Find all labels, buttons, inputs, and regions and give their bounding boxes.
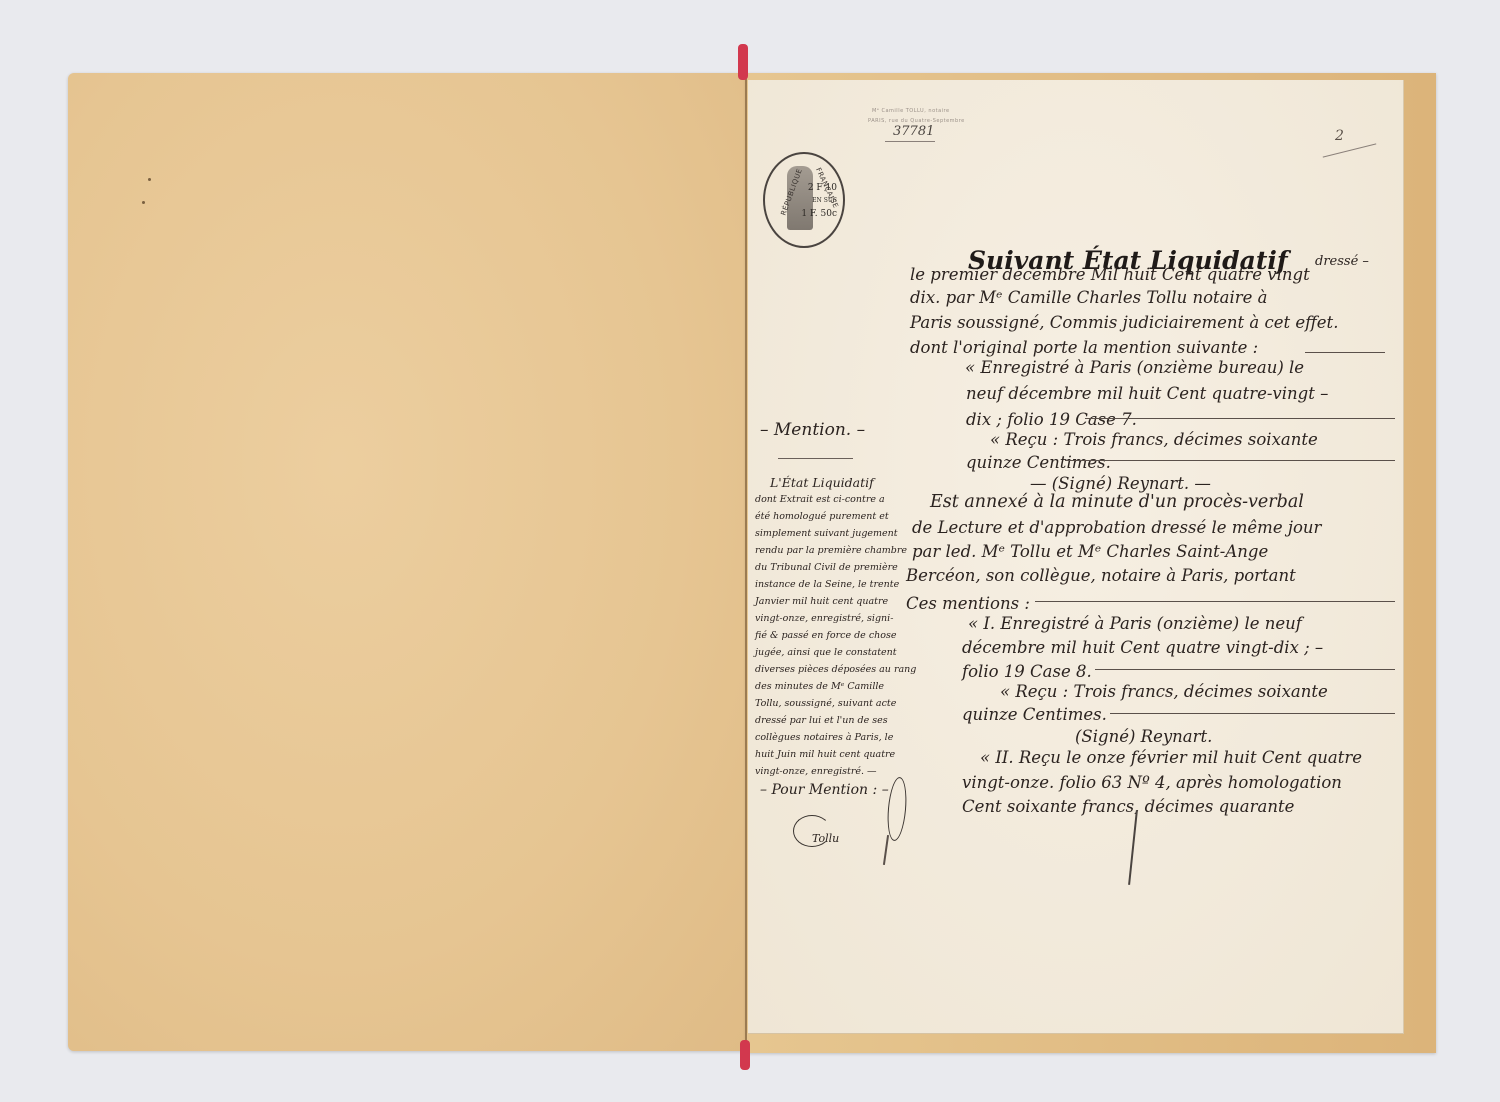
margin-line: des minutes de Mᵉ Camille <box>755 681 884 692</box>
margin-line: collègues notaires à Paris, le <box>755 732 893 743</box>
margin-line: simplement suivant jugement <box>755 528 898 539</box>
text-line: vingt-onze. folio 63 Nº 4, après homolog… <box>962 773 1342 792</box>
signature-tollu: Tollu <box>812 832 839 845</box>
line-filler <box>1085 418 1395 419</box>
text-line: « Reçu : Trois francs, décimes soixante <box>990 430 1318 449</box>
margin-line: Tollu, soussigné, suivant acte <box>755 698 896 709</box>
printed-notary-header: Mᵉ Camille TOLLU, notaire <box>872 108 950 114</box>
line-filler <box>1035 601 1395 602</box>
margin-line: dont Extrait est ci-contre a <box>755 494 885 505</box>
binding-string-bottom <box>740 1040 750 1070</box>
text-line: quinze Centimes. <box>962 705 1107 724</box>
text-line: « I. Enregistré à Paris (onzième) le neu… <box>968 614 1302 633</box>
margin-line: vingt-onze, enregistré. — <box>755 766 877 777</box>
margin-line: dressé par lui et l'un de ses <box>755 715 888 726</box>
text-line: dont l'original porte la mention suivant… <box>910 338 1258 357</box>
margin-line: huit Juin mil huit cent quatre <box>755 749 895 760</box>
line-filler <box>1065 460 1395 461</box>
text-line: dressé – <box>1315 254 1369 269</box>
margin-divider <box>908 380 909 810</box>
margin-line: jugée, ainsi que le constatent <box>755 647 897 658</box>
margin-line: été homologué purement et <box>755 511 889 522</box>
margin-closing: – Pour Mention : – <box>760 782 889 798</box>
text-line: Est annexé à la minute d'un procès-verba… <box>930 492 1304 512</box>
text-line: Paris soussigné, Commis judiciairement à… <box>910 313 1338 332</box>
tax-stamp: RÉPUBLIQUE FRANÇAISE 2 F 10 EN SUS 1 F. … <box>763 152 845 248</box>
line-filler <box>1110 713 1395 714</box>
margin-line: instance de la Seine, le trente <box>755 579 899 590</box>
margin-line: Janvier mil huit cent quatre <box>755 596 888 607</box>
file-number-underline <box>885 141 935 142</box>
left-folder-cover <box>68 73 746 1051</box>
line-filler <box>1095 669 1395 670</box>
margin-line: fié & passé en force de chose <box>755 630 896 641</box>
text-line: « II. Reçu le onze février mil huit Cent… <box>980 748 1362 767</box>
signed-reynart-2: (Signé) Reynart. <box>1075 727 1212 746</box>
text-line: « Enregistré à Paris (onzième bureau) le <box>965 358 1304 377</box>
margin-line: rendu par la première chambre <box>755 545 907 556</box>
binding-spine <box>745 73 747 1053</box>
text-line: folio 19 Case 8. <box>962 662 1092 681</box>
text-line: par led. Mᵉ Tollu et Mᵉ Charles Saint-An… <box>912 542 1268 561</box>
margin-line: vingt-onze, enregistré, signi- <box>755 613 893 624</box>
stamp-value-bottom: 1 F. 50c <box>801 210 837 219</box>
margin-line: du Tribunal Civil de première <box>755 562 898 573</box>
text-line: Bercéon, son collègue, notaire à Paris, … <box>906 566 1296 585</box>
margin-heading: – Mention. – <box>760 420 865 440</box>
text-line: quinze Centimes. <box>966 453 1111 472</box>
text-line: le premier décembre Mil huit Cent quatre… <box>910 265 1310 284</box>
signed-reynart-1: — (Signé) Reynart. — <box>1030 474 1211 493</box>
text-line: dix. par Mᵉ Camille Charles Tollu notair… <box>910 288 1268 307</box>
margin-line: diverses pièces déposées au rang <box>755 664 916 675</box>
text-line: de Lecture et d'approbation dressé le mê… <box>912 518 1321 537</box>
margin-line: L'État Liquidatif <box>770 475 874 490</box>
text-line: décembre mil huit Cent quatre vingt-dix … <box>962 638 1323 657</box>
line-filler <box>1305 352 1385 353</box>
text-line: Ces mentions : <box>906 594 1030 613</box>
text-line: neuf décembre mil huit Cent quatre-vingt… <box>966 384 1328 403</box>
margin-heading-rule <box>778 458 853 459</box>
text-line: dix ; folio 19 Case 7. <box>966 410 1137 429</box>
paper-speck <box>142 201 145 204</box>
text-line: Cent soixante francs, décimes quarante <box>962 797 1294 816</box>
paper-speck <box>148 178 151 181</box>
binding-string-top <box>738 44 748 80</box>
file-number: 37781 <box>893 124 934 139</box>
stamp-value-top: 2 F 10 <box>808 184 837 193</box>
text-line: « Reçu : Trois francs, décimes soixante <box>1000 682 1328 701</box>
page-mark: 2 <box>1335 128 1344 144</box>
stamp-value-mid: EN SUS <box>812 198 837 204</box>
